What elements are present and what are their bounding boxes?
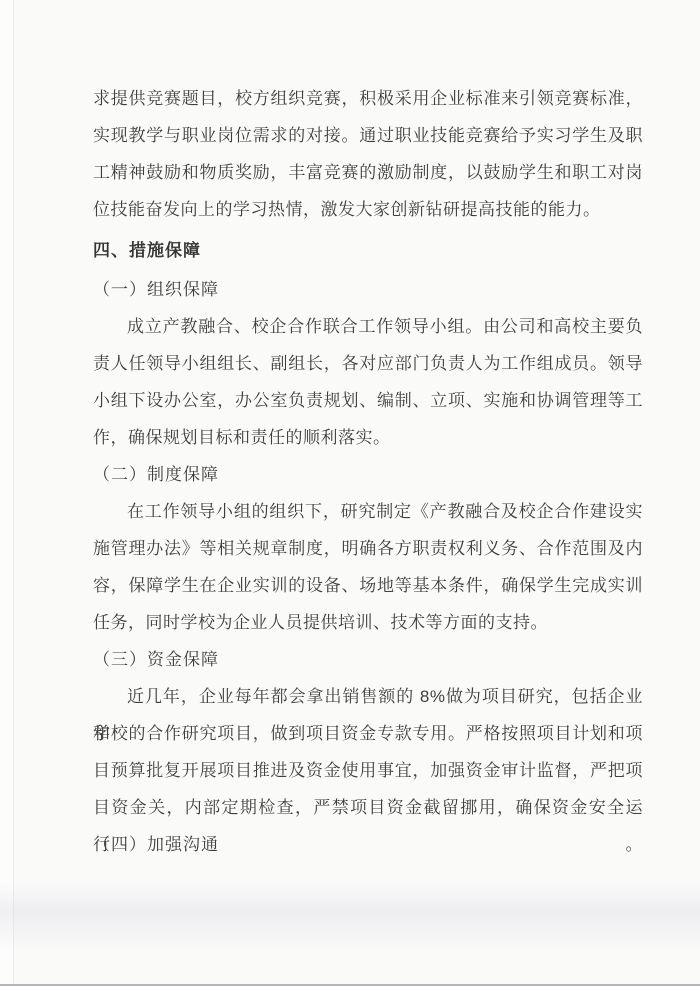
- text-line: 学校的合作研究项目，做到项目资金专款专用。严格按照项目计划和项: [93, 715, 643, 752]
- text-line: 工精神鼓励和物质奖励，丰富竞赛的激励制度，以鼓励学生和职工对岗: [93, 154, 643, 191]
- text-line: 容，保障学生在企业实训的设备、场地等基本条件，确保学生完成实训: [93, 567, 643, 604]
- text-line: 作，确保规划目标和责任的顺利落实。: [93, 419, 643, 456]
- document-page: 求提供竞赛题目，校方组织竞赛，积极采用企业标准来引领竞赛标准， 实现教学与职业岗…: [0, 0, 700, 991]
- page-body-text: 求提供竞赛题目，校方组织竞赛，积极采用企业标准来引领竞赛标准， 实现教学与职业岗…: [93, 80, 643, 863]
- subsection-title: （二）制度保障: [93, 456, 643, 493]
- section-heading: 四、措施保障: [93, 232, 643, 269]
- text-line: 近几年，企业每年都会拿出销售额的 8%做为项目研究，包括企业和: [93, 678, 643, 715]
- text-line: 施管理办法》等相关规章制度，明确各方职责权利义务、合作范围及内: [93, 530, 643, 567]
- text-line: 小组下设办公室，办公室负责规划、编制、立项、实施和协调管理等工: [93, 382, 643, 419]
- subsection-title: （一）组织保障: [93, 271, 643, 308]
- subsection-title: （三）资金保障: [93, 641, 643, 678]
- text-line: 在工作领导小组的组织下，研究制定《产教融合及校企合作建设实: [93, 493, 643, 530]
- text-line: 任务，同时学校为企业人员提供培训、技术等方面的支持。: [93, 604, 643, 641]
- scan-shadow-band: [0, 882, 700, 954]
- text-line: 成立产教融合、校企合作联合工作领导小组。由公司和高校主要负: [93, 308, 643, 345]
- text-line: 位技能奋发向上的学习热情，激发大家创新钻研提高技能的能力。: [93, 191, 643, 228]
- scan-left-edge: [0, 0, 14, 991]
- scan-bottom-margin: [0, 986, 700, 991]
- text-line: 目资金关，内部定期检查，严禁项目资金截留挪用，确保资金安全运行。: [93, 789, 643, 826]
- text-line: 目预算批复开展项目推进及资金使用事宜，加强资金审计监督，严把项: [93, 752, 643, 789]
- text-line: 实现教学与职业岗位需求的对接。通过职业技能竞赛给予实习学生及职: [93, 117, 643, 154]
- text-line: 责人任领导小组组长、副组长，各对应部门负责人为工作组成员。领导: [93, 345, 643, 382]
- text-line: 求提供竞赛题目，校方组织竞赛，积极采用企业标准来引领竞赛标准，: [93, 80, 643, 117]
